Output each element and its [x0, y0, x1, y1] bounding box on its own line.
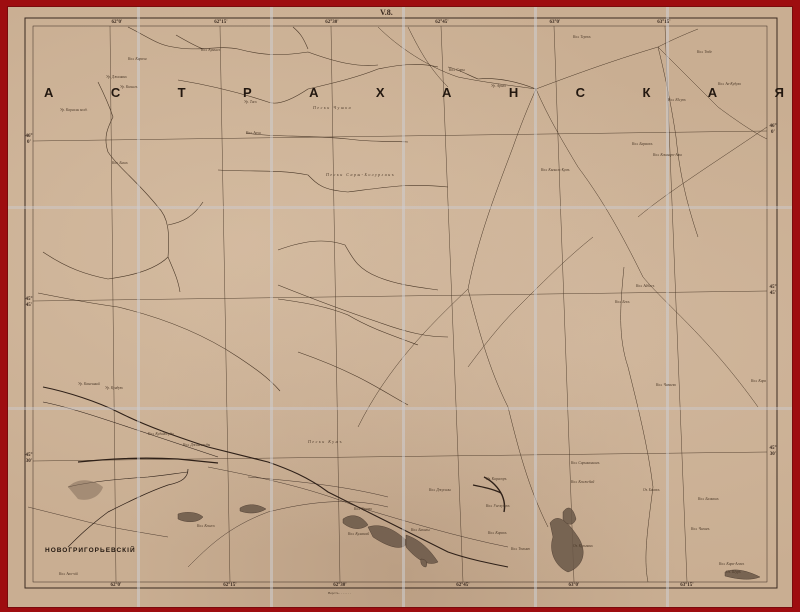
place-label: Кол. Сулакъ	[354, 507, 372, 511]
place-label: Кол. Кенесъ	[197, 524, 215, 528]
latitude-label: 46° 0'	[24, 134, 34, 146]
place-label: Кол. Кумысъ	[201, 48, 220, 52]
place-label: Оз. Шуръ	[726, 570, 741, 574]
place-label: Кол. Сары	[449, 68, 465, 72]
fold-line	[8, 407, 792, 410]
sand-tract-label: Пески Чушка	[313, 105, 352, 110]
longitude-label: 63°15'	[680, 583, 693, 588]
longitude-label: 62°0'	[111, 583, 122, 588]
region-letter: Х	[376, 85, 385, 100]
region-letter: А	[44, 85, 53, 100]
place-label: Кол. Каракъ	[488, 531, 507, 535]
place-label: Кол. Айбасъ	[636, 284, 654, 288]
place-label: Кол. Терекъ	[573, 35, 591, 39]
place-label: Кол. Тюбе	[697, 50, 712, 54]
scale-bar: Верстъ . . . . . . .	[328, 591, 351, 595]
region-letter: А	[442, 85, 451, 100]
region-letter: А	[309, 85, 318, 100]
longitude-label: 62°45'	[456, 583, 469, 588]
latitude-label: 45° 30'	[768, 446, 778, 458]
place-label: Кол. Карачи	[128, 57, 147, 61]
place-label: Ур. Аралъ	[491, 84, 506, 88]
place-label: Кол. Кошкаръ-Ата	[653, 153, 682, 157]
sand-tract-label: Пески Сары-Болурганъ	[326, 172, 395, 177]
region-letter: Р	[243, 85, 252, 100]
place-label: Оз. Кульпанъ	[573, 544, 593, 548]
longitude-label: 62°45'	[435, 20, 448, 25]
place-label: Кол. Джусалы	[429, 488, 451, 492]
place-label: Ур. Каменный	[78, 382, 100, 386]
region-letter: Н	[509, 85, 518, 100]
region-letter: К	[642, 85, 650, 100]
place-label: Кол. Бакалы	[411, 528, 430, 532]
place-label: Ур. Джаманъ	[106, 75, 127, 79]
map-sheet: V.8. А С Т Р А Х А Н С К А Я НОВОГРИГОРЬ…	[8, 7, 792, 607]
place-label: Ур. Каргалы колд.	[60, 108, 87, 112]
place-label: Оз. Бисакъ	[643, 488, 660, 492]
longitude-label: 62°15'	[214, 20, 227, 25]
place-label: Оз. Карасоръ	[486, 477, 507, 481]
latitude-label: 46° 0'	[768, 124, 778, 136]
latitude-label: 45° 45'	[768, 285, 778, 297]
place-label: Кол. Бармакъ	[632, 142, 653, 146]
latitude-label: 45° 45'	[24, 297, 34, 309]
region-letter: С	[576, 85, 585, 100]
place-label: Кол. Балкашъ	[698, 497, 719, 501]
longitude-label: 63°0'	[550, 20, 561, 25]
longitude-label: 62°15'	[223, 583, 236, 588]
region-letter: Т	[178, 85, 186, 100]
place-label: Кол. Кара	[751, 379, 766, 383]
place-label: Ур. Кизылъ	[120, 85, 137, 89]
place-label: Кол. Кенжебай	[571, 480, 594, 484]
region-letter: А	[708, 85, 717, 100]
fold-line	[8, 206, 792, 209]
place-label: Кол. Чаганъ	[691, 527, 709, 531]
place-label: Ур. Тасъ	[244, 100, 257, 104]
place-label: Кол. Сарыкамышъ	[571, 461, 599, 465]
region-letter: С	[111, 85, 120, 100]
district-label-novogrigorevsky: НОВОГРИГОРЬЕВСКІЙ	[45, 547, 136, 554]
place-label: Ур. Кундузъ	[105, 386, 123, 390]
longitude-label: 63°15'	[657, 20, 670, 25]
latitude-label: 45° 30'	[24, 453, 34, 465]
region-letter: Я	[775, 85, 784, 100]
place-label: Кол. Кулаксай	[348, 532, 369, 536]
place-label: Кол. Бекъ	[615, 300, 630, 304]
place-label: Кол. Кара-Агачъ	[719, 562, 744, 566]
place-label: Кол. Бишъ	[112, 161, 128, 165]
sheet-number: V.8.	[380, 8, 393, 17]
place-label: Кол. Чапаевъ	[656, 383, 676, 387]
longitude-label: 62°0'	[112, 20, 123, 25]
place-label: Кол. Уш-кудукъ	[486, 504, 510, 508]
place-label: Кол. Акъ-чій	[59, 572, 78, 576]
place-label: Кол. Тюлькю	[511, 547, 530, 551]
place-label: Кол. Акчи	[246, 131, 261, 135]
longitude-label: 63°0'	[569, 583, 580, 588]
place-label: Кол. Кудайберды	[148, 432, 174, 436]
longitude-label: 62°30'	[333, 583, 346, 588]
place-label: Кол. Джангильды	[183, 443, 210, 447]
place-label: Кол. Кызылъ-Кумъ	[541, 168, 570, 172]
place-label: Кол. Юсупъ	[668, 98, 686, 102]
longitude-label: 62°30'	[325, 20, 338, 25]
place-label: Кол. Ак-Кудукъ	[718, 82, 741, 86]
sand-tract-label: Пески Кумъ	[308, 439, 343, 444]
